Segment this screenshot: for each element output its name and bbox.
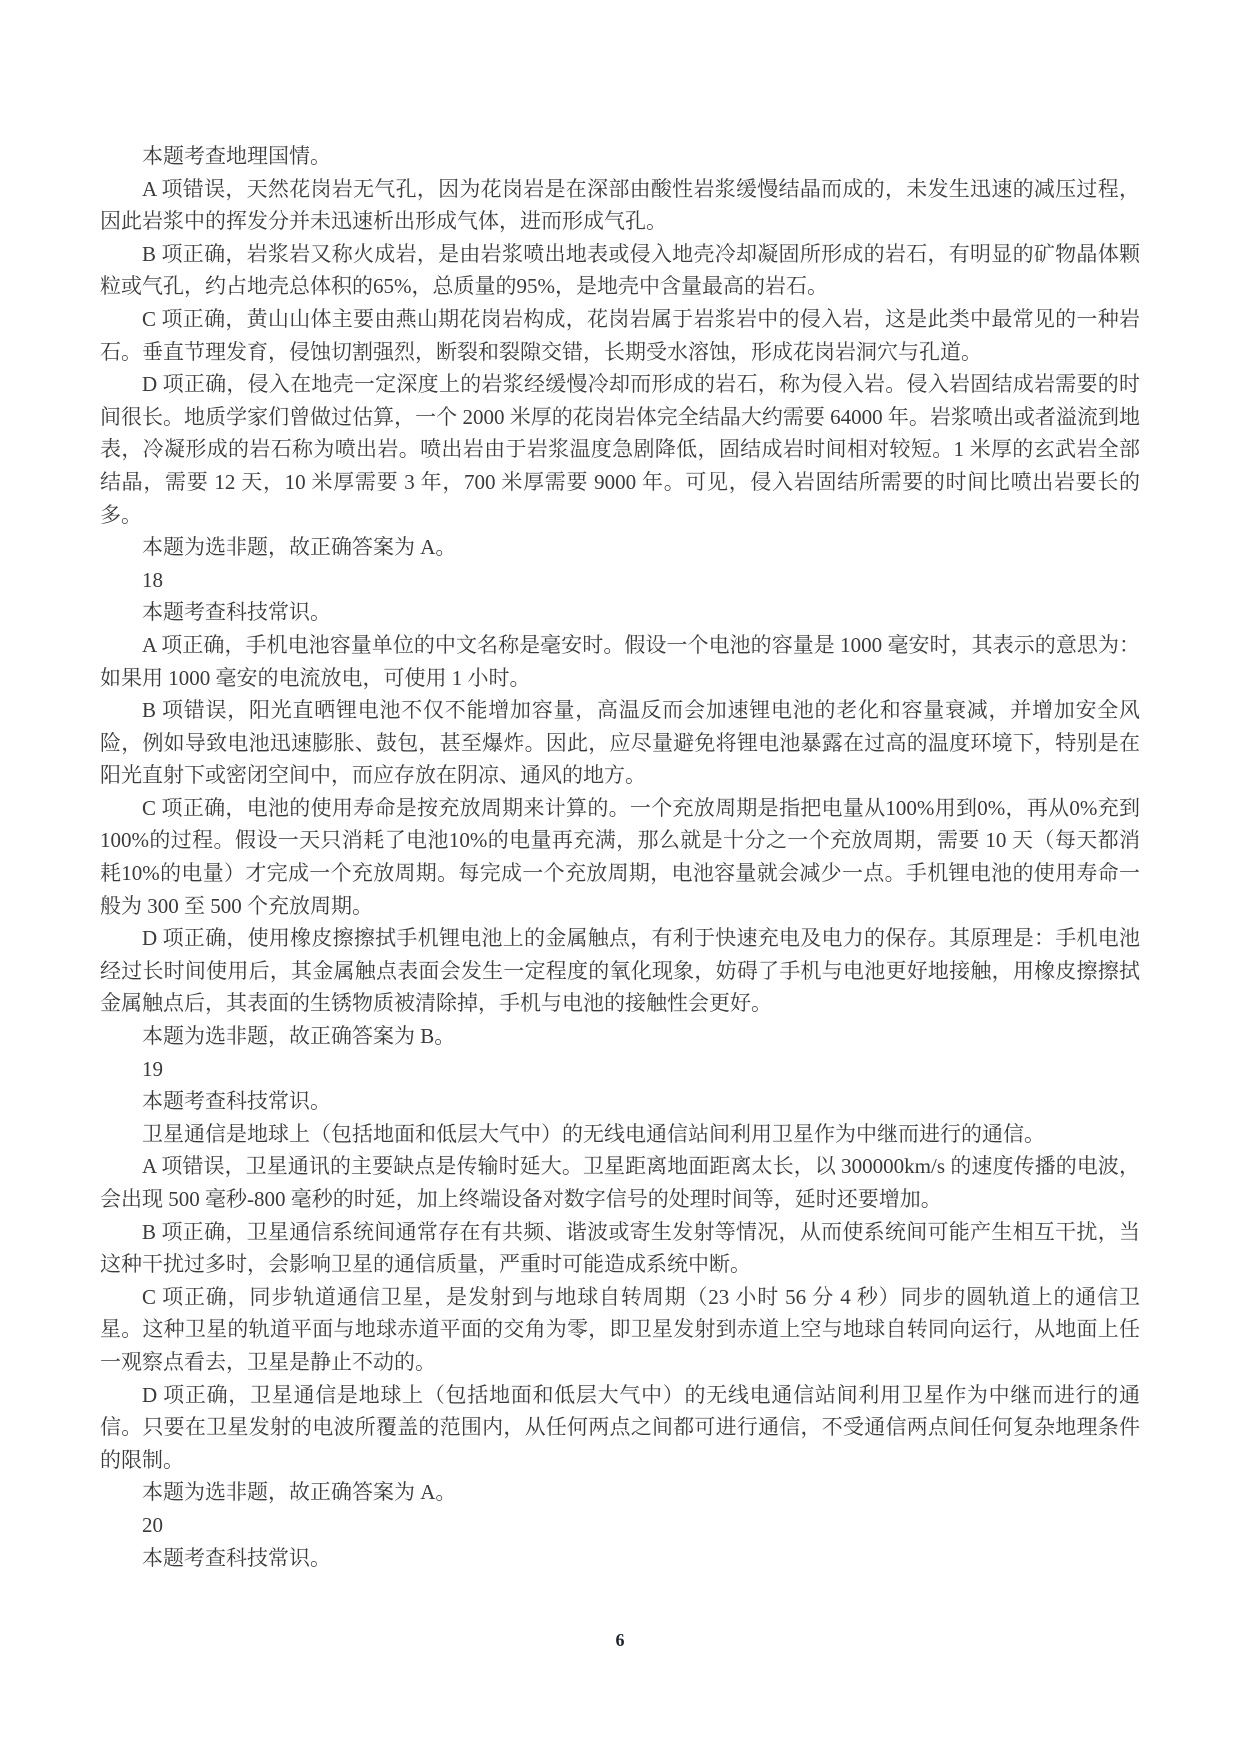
- q18-topic-line: 本题考查科技常识。: [100, 596, 1140, 629]
- q17-option-b: B 项正确，岩浆岩又称火成岩，是由岩浆喷出地表或侵入地壳冷却凝固所形成的岩石，有…: [100, 238, 1140, 303]
- q18-answer-line: 本题为选非题，故正确答案为 B。: [100, 1020, 1140, 1053]
- q17-answer-line: 本题为选非题，故正确答案为 A。: [100, 531, 1140, 564]
- q18-option-b: B 项错误，阳光直晒锂电池不仅不能增加容量，高温反而会加速锂电池的老化和容量衰减…: [100, 694, 1140, 792]
- q18-option-a: A 项正确，手机电池容量单位的中文名称是毫安时。假设一个电池的容量是 1000 …: [100, 629, 1140, 694]
- q18-number: 18: [100, 564, 1140, 597]
- q19-option-c: C 项正确，同步轨道通信卫星，是发射到与地球自转周期（23 小时 56 分 4 …: [100, 1281, 1140, 1379]
- q17-option-c: C 项正确，黄山山体主要由燕山期花岗岩构成，花岗岩属于岩浆岩中的侵入岩，这是此类…: [100, 303, 1140, 368]
- q18-option-c: C 项正确，电池的使用寿命是按充放周期来计算的。一个充放周期是指把电量从100%…: [100, 792, 1140, 922]
- q20-number: 20: [100, 1509, 1140, 1542]
- page-number: 6: [0, 1630, 1240, 1651]
- q19-answer-line: 本题为选非题，故正确答案为 A。: [100, 1476, 1140, 1509]
- q19-intro-line: 卫星通信是地球上（包括地面和低层大气中）的无线电通信站间利用卫星作为中继而进行的…: [100, 1118, 1140, 1151]
- q17-option-a: A 项错误，天然花岗岩无气孔，因为花岗岩是在深部由酸性岩浆缓慢结晶而成的，未发生…: [100, 173, 1140, 238]
- q19-option-b: B 项正确，卫星通信系统间通常存在有共频、谐波或寄生发射等情况，从而使系统间可能…: [100, 1216, 1140, 1281]
- q20-topic-line: 本题考查科技常识。: [100, 1542, 1140, 1575]
- q19-topic-line: 本题考查科技常识。: [100, 1085, 1140, 1118]
- q17-option-d: D 项正确，侵入在地壳一定深度上的岩浆经缓慢冷却而形成的岩石，称为侵入岩。侵入岩…: [100, 368, 1140, 531]
- q18-option-d: D 项正确，使用橡皮擦擦拭手机锂电池上的金属触点，有利于快速充电及电力的保存。其…: [100, 922, 1140, 1020]
- q19-option-d: D 项正确，卫星通信是地球上（包括地面和低层大气中）的无线电通信站间利用卫星作为…: [100, 1379, 1140, 1477]
- document-body: 本题考查地理国情。 A 项错误，天然花岗岩无气孔，因为花岗岩是在深部由酸性岩浆缓…: [100, 140, 1140, 1574]
- q19-option-a: A 项错误，卫星通讯的主要缺点是传输时延大。卫星距离地面距离太长，以 30000…: [100, 1150, 1140, 1215]
- q17-topic-line: 本题考查地理国情。: [100, 140, 1140, 173]
- document-page: 本题考查地理国情。 A 项错误，天然花岗岩无气孔，因为花岗岩是在深部由酸性岩浆缓…: [0, 0, 1240, 1754]
- q19-number: 19: [100, 1053, 1140, 1086]
